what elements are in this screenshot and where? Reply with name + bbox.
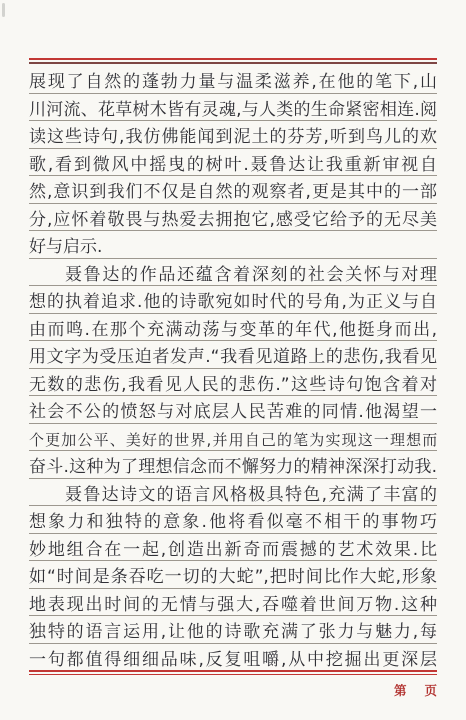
line-text: 社会不公的愤怒与对底层人民苦难的同情.他渴望一 [29,396,437,423]
line-text: 个更加公平、美好的世界,并用自己的笔为实现这一理想而 [29,424,437,451]
handwritten-line: 川河流、花草树木皆有灵魂,与人类的生命紧密相连.阅 [29,94,437,122]
line-text: 读这些诗句,我仿佛能闻到泥土的芬芳,听到鸟儿的欢 [29,121,437,148]
handwritten-line: 然,意识到我们不仅是自然的观察者,更是其中的一部 [29,176,437,204]
handwritten-line: 想的执着追求.他的诗歌宛如时代的号角,为正义与自 [29,286,437,314]
notebook-page: 展现了自然的蓬勃力量与温柔滋养,在他的笔下,山 川河流、花草树木皆有灵魂,与人类… [0,0,466,720]
handwritten-line: 奋斗.这种为了理想信念而不懈努力的精神深深打动我. [29,451,437,479]
line-text: 展现了自然的蓬勃力量与温柔滋养,在他的笔下,山 [29,66,437,93]
handwritten-line: 想象力和独特的意象.他将看似毫不相干的事物巧 [29,506,437,534]
handwritten-line: 无数的悲伤,我看见人民的悲伤.”这些诗句饱含着对 [29,369,437,397]
handwritten-line: 展现了自然的蓬勃力量与温柔滋养,在他的笔下,山 [29,66,437,94]
handwritten-line: 歌,看到微风中摇曳的树叶.聂鲁达让我重新审视自 [29,149,437,177]
handwritten-line: 如“时间是条吞吃一切的大蛇”,把时间比作大蛇,形象 [29,561,437,589]
line-text: 好与启示. [29,231,437,258]
top-margin-double-line [29,58,437,64]
line-text: 一句都值得细细品味,反复咀嚼,从中挖掘出更深层 [29,644,437,671]
line-text: 聂鲁达的作品还蕴含着深刻的社会关怀与对理 [29,259,437,286]
bottom-margin-double-line [29,670,437,675]
scan-artifact-mark [2,3,5,17]
line-text: 然,意识到我们不仅是自然的观察者,更是其中的一部 [29,176,437,203]
line-text: 独特的语言运用,让他的诗歌充满了张力与魅力,每 [29,616,437,643]
handwritten-line: 妙地组合在一起,创造出新奇而震撼的艺术效果.比 [29,534,437,562]
line-text: 分,应怀着敬畏与热爱去拥抱它,感受它给予的无尽美 [29,204,437,231]
line-text: 想象力和独特的意象.他将看似毫不相干的事物巧 [29,506,437,533]
line-text: 聂鲁达诗文的语言风格极具特色,充满了丰富的 [29,479,437,506]
handwritten-line: 社会不公的愤怒与对底层人民苦难的同情.他渴望一 [29,396,437,424]
line-text: 奋斗.这种为了理想信念而不懈努力的精神深深打动我. [29,451,437,478]
handwritten-line: 一句都值得细细品味,反复咀嚼,从中挖掘出更深层 [29,644,437,672]
line-text: 用文字为受压迫者发声.“我看见道路上的悲伤,我看见 [29,341,437,368]
line-text: 地表现出时间的无情与强大,吞噬着世间万物.这种 [29,589,437,616]
line-text: 无数的悲伤,我看见人民的悲伤.”这些诗句饱含着对 [29,369,437,396]
footer-label-ye: 页 [424,681,437,699]
handwritten-line-paragraph-start: 聂鲁达诗文的语言风格极具特色,充满了丰富的 [29,479,437,507]
handwritten-line: 独特的语言运用,让他的诗歌充满了张力与魅力,每 [29,616,437,644]
line-text: 如“时间是条吞吃一切的大蛇”,把时间比作大蛇,形象 [29,561,437,588]
handwritten-line: 地表现出时间的无情与强大,吞噬着世间万物.这种 [29,589,437,617]
footer-label-di: 第 [394,681,407,699]
handwritten-line: 好与启示. [29,231,437,259]
handwritten-line: 分,应怀着敬畏与热爱去拥抱它,感受它给予的无尽美 [29,204,437,232]
ruled-text-area: 展现了自然的蓬勃力量与温柔滋养,在他的笔下,山 川河流、花草树木皆有灵魂,与人类… [29,66,437,671]
handwritten-line: 个更加公平、美好的世界,并用自己的笔为实现这一理想而 [29,424,437,452]
handwritten-line: 用文字为受压迫者发声.“我看见道路上的悲伤,我看见 [29,341,437,369]
handwritten-line-paragraph-start: 聂鲁达的作品还蕴含着深刻的社会关怀与对理 [29,259,437,287]
line-text: 想的执着追求.他的诗歌宛如时代的号角,为正义与自 [29,286,437,313]
line-text: 川河流、花草树木皆有灵魂,与人类的生命紧密相连.阅 [29,94,437,121]
line-text: 由而鸣.在那个充满动荡与变革的年代,他挺身而出, [29,314,437,341]
line-text: 歌,看到微风中摇曳的树叶.聂鲁达让我重新审视自 [29,149,437,176]
page-number-footer: 第 页 [394,681,437,699]
line-text: 妙地组合在一起,创造出新奇而震撼的艺术效果.比 [29,534,437,561]
handwritten-line: 读这些诗句,我仿佛能闻到泥土的芬芳,听到鸟儿的欢 [29,121,437,149]
handwritten-line: 由而鸣.在那个充满动荡与变革的年代,他挺身而出, [29,314,437,342]
